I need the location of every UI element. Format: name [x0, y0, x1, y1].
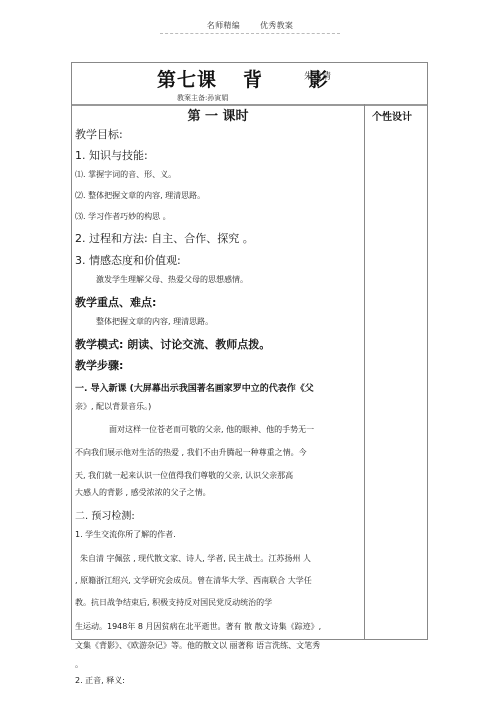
paragraph: 整体把握文章的内容, 理清思路。	[96, 316, 213, 327]
section-heading: 教学重点、难点:	[75, 294, 156, 310]
paragraph: 大感人的背影 , 感受浓浓的父子之情。	[75, 487, 211, 498]
paragraph: 朱自清 字佩弦 , 现代散文家、诗人, 学者, 民主战士。江苏扬州 人	[80, 553, 311, 564]
lesson-name: 背 影	[243, 69, 348, 91]
paragraph: 。	[75, 659, 83, 670]
lesson-plan-table: 第七课背 影 朱自清 教案主备:孙寅娟 第 一 课时 教学目标: 1. 知识与技…	[71, 62, 428, 640]
paragraph: 不向我们展示他对生活的热爱 , 我们不由升腾起一种尊重之情。今	[75, 447, 307, 458]
page-header-right: 优秀教案	[260, 21, 293, 30]
list-item: ⑵. 整体把握文章的内容, 理清思路。	[75, 190, 205, 201]
title-row: 第七课背 影 朱自清 教案主备:孙寅娟	[72, 63, 427, 106]
subsection-heading: 2. 过程和方法: 自主、合作、探究 。	[75, 230, 254, 246]
page-header-left: 名师精编	[207, 21, 240, 30]
paragraph: 文集《背影》、《欧游杂记》等。他的散文以 丽著称 语言洗练、文笔秀	[75, 640, 320, 651]
lesson-period: 第 一 课时	[72, 105, 364, 124]
content-column: 第 一 课时 教学目标: 1. 知识与技能: ⑴. 掌握字词的音、形、义。 ⑵.…	[72, 104, 365, 639]
paragraph: 亲》, 配以背景音乐。)	[75, 401, 151, 412]
subsection-heading: 1. 知识与技能:	[75, 147, 148, 163]
section-heading: 教学模式: 朗读、讨论交流、教师点拨。	[75, 336, 270, 352]
list-item: 2. 正音, 释义:	[75, 675, 125, 686]
author: 朱自清	[304, 69, 331, 82]
lesson-number: 第七课	[157, 69, 217, 91]
paragraph: 生运动。1948年 8 月因贫病在北平逝世。著有 散 散文诗集《踪迹》,	[75, 621, 321, 632]
paragraph: 天, 我们就一起来认识一位值得我们尊敬的父亲, 认识父亲那高	[75, 470, 293, 481]
paragraph: 教。抗日战争结束后, 积极支持反对国民党反动统治的学	[75, 597, 272, 608]
preparer: 教案主备:孙寅娟	[177, 93, 228, 103]
list-item: ⑴. 掌握字词的音、形、义。	[75, 169, 176, 180]
paragraph: 1. 学生交流你所了解的作者.	[75, 529, 176, 540]
notes-column: 个性设计	[365, 104, 427, 639]
section-heading: 教学步骤:	[75, 357, 123, 373]
notes-column-label: 个性设计	[372, 108, 412, 123]
list-item: ⑶. 学习作者巧妙的构思 。	[75, 211, 171, 222]
paragraph: 面对这样一位苍老而可敬的父亲, 他的眼神、他的手势无一	[109, 424, 314, 435]
paragraph: , 原籍浙江绍兴, 文学研究会成员。曾在清华大学、西南联合 大学任	[75, 575, 312, 586]
step-heading: 二. 预习检测:	[75, 507, 135, 522]
subsection-heading: 3. 情感态度和价值观:	[75, 252, 181, 268]
page-header: 名师精编优秀教案	[0, 20, 500, 31]
paragraph: 激发学生理解父母、热爱父母的思想感情。	[96, 274, 248, 285]
step-heading: 一. 导入新课 (大屏幕出示我国著名画家罗中立的代表作《父	[75, 381, 314, 394]
section-heading: 教学目标:	[75, 126, 123, 142]
header-divider	[160, 33, 340, 34]
